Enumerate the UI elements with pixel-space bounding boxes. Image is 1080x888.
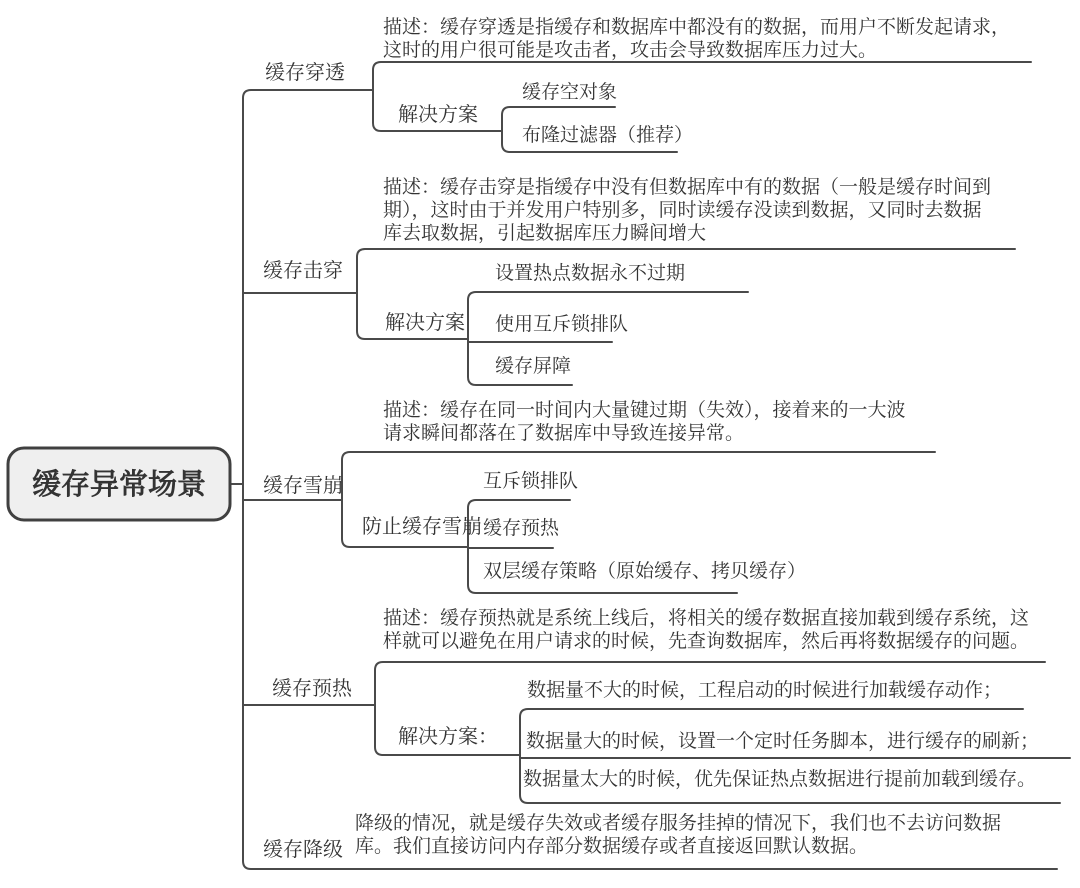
branch3-solution-item[interactable]: 缓存预热: [483, 517, 559, 540]
root-node-label[interactable]: 缓存异常场景: [8, 448, 230, 520]
branch2-description[interactable]: 描述：缓存击穿是指缓存中没有但数据库中有的数据（一般是缓存时间到 期），这时由于…: [383, 176, 991, 245]
branch5-description[interactable]: 降级的情况，就是缓存失效或者缓存服务挂掉的情况下，我们也不去访问数据 库。我们直…: [355, 812, 1001, 858]
branch2-solution-item[interactable]: 设置热点数据永不过期: [495, 262, 685, 285]
branch5-description-line2: 库。我们直接访问内存部分数据缓存或者直接返回默认数据。: [355, 835, 1001, 858]
branch2-topic[interactable]: 缓存击穿: [263, 259, 343, 282]
branch4-solution-item[interactable]: 数据量大的时候，设置一个定时任务脚本，进行缓存的刷新；: [526, 730, 1039, 753]
branch4-solution-item[interactable]: 数据量不大的时候，工程启动的时候进行加载缓存动作；: [527, 679, 1002, 702]
mindmap-canvas: 缓存异常场景 描述：缓存穿透是指缓存和数据库中都没有的数据，而用户不断发起请求，…: [0, 0, 1080, 888]
branch2-description-line2: 期），这时由于并发用户特别多，同时读缓存没读到数据，又同时去数据: [383, 199, 991, 222]
branch3-topic[interactable]: 缓存雪崩: [263, 474, 343, 497]
branch4-description-line1: 描述：缓存预热就是系统上线后，将相关的缓存数据直接加载到缓存系统，这: [383, 607, 1029, 630]
branch4-topic[interactable]: 缓存预热: [272, 677, 352, 700]
branch3-solution-item[interactable]: 双层缓存策略（原始缓存、拷贝缓存）: [483, 560, 806, 583]
branch4-description-line2: 样就可以避免在用户请求的时候，先查询数据库，然后再将数据缓存的问题。: [383, 630, 1029, 653]
branch2-solution-item[interactable]: 使用互斥锁排队: [495, 313, 628, 336]
branch1-description-line1: 描述：缓存穿透是指缓存和数据库中都没有的数据，而用户不断发起请求，: [383, 16, 1010, 39]
branch1-topic[interactable]: 缓存穿透: [265, 61, 345, 84]
branch3-description-line1: 描述：缓存在同一时间内大量键过期（失效），接着来的一大波: [383, 399, 906, 422]
branch1-description[interactable]: 描述：缓存穿透是指缓存和数据库中都没有的数据，而用户不断发起请求， 这时的用户很…: [383, 16, 1010, 62]
branch1-solution-item[interactable]: 布隆过滤器（推荐）: [522, 124, 693, 147]
branch4-solution-topic[interactable]: 解决方案：: [398, 725, 498, 748]
branch5-topic[interactable]: 缓存降级: [263, 838, 343, 861]
branch1-solution-item[interactable]: 缓存空对象: [522, 81, 617, 104]
branch3-solution-topic[interactable]: 防止缓存雪崩: [362, 515, 482, 538]
branch4-solution-item[interactable]: 数据量太大的时候，优先保证热点数据进行提前加载到缓存。: [523, 768, 1036, 791]
branch3-description-line2: 请求瞬间都落在了数据库中导致连接异常。: [383, 422, 906, 445]
branch2-solution-topic[interactable]: 解决方案: [385, 311, 465, 334]
branch1-description-line2: 这时的用户很可能是攻击者，攻击会导致数据库压力过大。: [383, 39, 1010, 62]
branch3-description[interactable]: 描述：缓存在同一时间内大量键过期（失效），接着来的一大波 请求瞬间都落在了数据库…: [383, 399, 906, 445]
branch4-description[interactable]: 描述：缓存预热就是系统上线后，将相关的缓存数据直接加载到缓存系统，这 样就可以避…: [383, 607, 1029, 653]
branch5-description-line1: 降级的情况，就是缓存失效或者缓存服务挂掉的情况下，我们也不去访问数据: [355, 812, 1001, 835]
branch2-description-line1: 描述：缓存击穿是指缓存中没有但数据库中有的数据（一般是缓存时间到: [383, 176, 991, 199]
branch2-solution-item[interactable]: 缓存屏障: [495, 355, 571, 378]
branch2-description-line3: 库去取数据，引起数据库压力瞬间增大: [383, 222, 991, 245]
branch1-solution-topic[interactable]: 解决方案: [398, 103, 478, 126]
branch3-solution-item[interactable]: 互斥锁排队: [483, 470, 578, 493]
